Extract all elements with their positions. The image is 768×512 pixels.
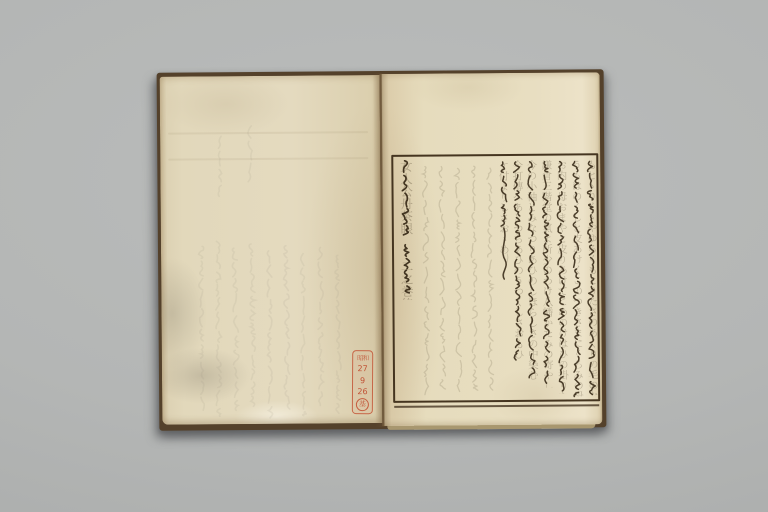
ink-stroke-column — [587, 161, 595, 394]
flourish-stroke — [503, 228, 507, 279]
ink-stroke-column — [513, 162, 521, 360]
foxing-specks — [159, 75, 160, 76]
ink-stroke-column — [218, 136, 222, 196]
ink-stroke-column — [232, 248, 239, 410]
ink-stroke-column — [542, 162, 550, 384]
seal-date-line: 27 — [357, 364, 367, 373]
ink-stroke-column — [266, 251, 272, 418]
ink-stroke-column — [402, 161, 408, 235]
ink-stroke-column — [501, 162, 507, 226]
ink-stroke-column — [249, 244, 256, 406]
ink-stroke-column — [572, 161, 580, 396]
seal-date-line: 9 — [360, 376, 365, 385]
seal-date-line: 26 — [357, 387, 367, 396]
ink-stroke-column — [438, 167, 446, 390]
text-frame-border: 女人公丹茶眼 二之巻終 もとゝりくゝやゆるくもとりたさのあくりの毛のなりけり う… — [391, 153, 600, 403]
ink-stroke-column — [471, 166, 478, 390]
ink-stroke-column — [557, 162, 565, 391]
seal-circled-mark: 基 — [356, 398, 369, 411]
ink-stroke-column — [404, 245, 410, 293]
accession-seal: 昭和 27 9 26 基 — [352, 350, 373, 414]
ink-stroke-column — [248, 126, 253, 182]
bleedthrough-ghost-overlay — [160, 75, 383, 425]
ink-stroke-column — [300, 254, 306, 416]
ink-stroke-column — [455, 168, 462, 391]
open-book: 昭和 27 9 26 基 女人公丹茶眼 二之巻終 もとゝりくゝやゆるくもとりたさ… — [159, 71, 605, 428]
ink-stroke-column — [215, 241, 222, 416]
ink-stroke-column — [335, 255, 342, 413]
seal-era-text: 昭和 — [357, 353, 368, 362]
ink-stroke-column — [283, 246, 290, 409]
ink-stroke-column — [527, 162, 535, 378]
ink-stroke-column — [487, 168, 494, 390]
gutter-fold-line — [380, 73, 384, 427]
ink-stroke-column — [422, 167, 429, 395]
ink-stroke-column — [199, 246, 205, 410]
calligraphy-ink-overlay — [393, 155, 598, 401]
book-gutter — [373, 73, 392, 427]
right-page: 女人公丹茶眼 二之巻終 もとゝりくゝやゆるくもとりたさのあくりの毛のなりけり う… — [380, 72, 603, 426]
photo-background: 昭和 27 9 26 基 女人公丹茶眼 二之巻終 もとゝりくゝやゆるくもとりたさ… — [0, 0, 768, 512]
left-page: 昭和 27 9 26 基 — [160, 75, 383, 425]
ink-stroke-column — [317, 247, 324, 405]
